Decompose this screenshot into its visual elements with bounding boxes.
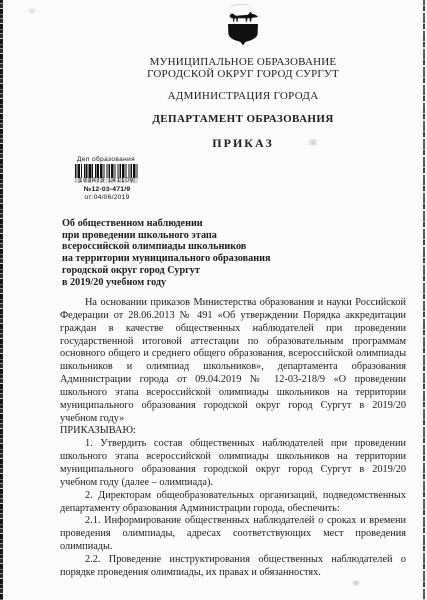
org-name-line1: МУНИЦИПАЛЬНОЕ ОБРАЗОВАНИЕ xyxy=(60,56,426,68)
registration-stamp: Деп образования 103473 141109 №12-03-471… xyxy=(75,156,139,201)
stamp-registration-number: №12-03-471/9 xyxy=(75,186,139,193)
barcode: 103473 141109 xyxy=(75,164,138,183)
emblem-wrap xyxy=(60,10,426,47)
barcode-digits: 103473 141109 xyxy=(75,178,138,185)
document-subject: Об общественном наблюдениипри проведении… xyxy=(62,218,342,288)
stamp-registration-date: от:04/06/2019 xyxy=(75,194,139,201)
stamp-department-label: Деп образования xyxy=(75,156,139,163)
body-paragraph: 2.2. Проведение инструктирования обществ… xyxy=(60,554,406,580)
subject-line: на территории муниципального образования xyxy=(62,253,342,265)
surgut-coat-of-arms-icon xyxy=(224,10,262,46)
body-paragraph: 1. Утвердить состав общественных наблюда… xyxy=(60,438,406,489)
subject-line: при проведении школьного этапа xyxy=(62,230,342,242)
scan-edge-left xyxy=(0,0,3,600)
document-header: МУНИЦИПАЛЬНОЕ ОБРАЗОВАНИЕ ГОРОДСКОЙ ОКРУ… xyxy=(60,10,426,151)
scan-smudge xyxy=(26,8,38,14)
document-type-title: ПРИКАЗ xyxy=(60,136,426,151)
body-paragraph: ПРИКАЗЫВАЮ: xyxy=(60,425,406,438)
subject-line: городской округ город Сургут xyxy=(62,265,342,277)
administration-line: АДМИНИСТРАЦИЯ ГОРОДА xyxy=(60,90,426,102)
subject-line: в 2019/20 учебном году xyxy=(62,277,342,289)
scanned-order-document: МУНИЦИПАЛЬНОЕ ОБРАЗОВАНИЕ ГОРОДСКОЙ ОКРУ… xyxy=(0,0,427,600)
body-paragraph: 2. Директорам общеобразовательных органи… xyxy=(60,490,406,516)
body-paragraph: 2.1. Информирование общественных наблюда… xyxy=(60,515,406,554)
org-name-line2: ГОРОДСКОЙ ОКРУГ ГОРОД СУРГУТ xyxy=(60,68,426,80)
scan-smudge xyxy=(350,580,362,586)
body-paragraph: На основании приказов Министерства образ… xyxy=(60,297,406,425)
subject-line: всероссийской олимпиады школьников xyxy=(62,241,342,253)
document-body: На основании приказов Министерства образ… xyxy=(60,297,406,580)
subject-line: Об общественном наблюдении xyxy=(62,218,342,230)
department-line: ДЕПАРТАМЕНТ ОБРАЗОВАНИЯ xyxy=(60,113,426,125)
